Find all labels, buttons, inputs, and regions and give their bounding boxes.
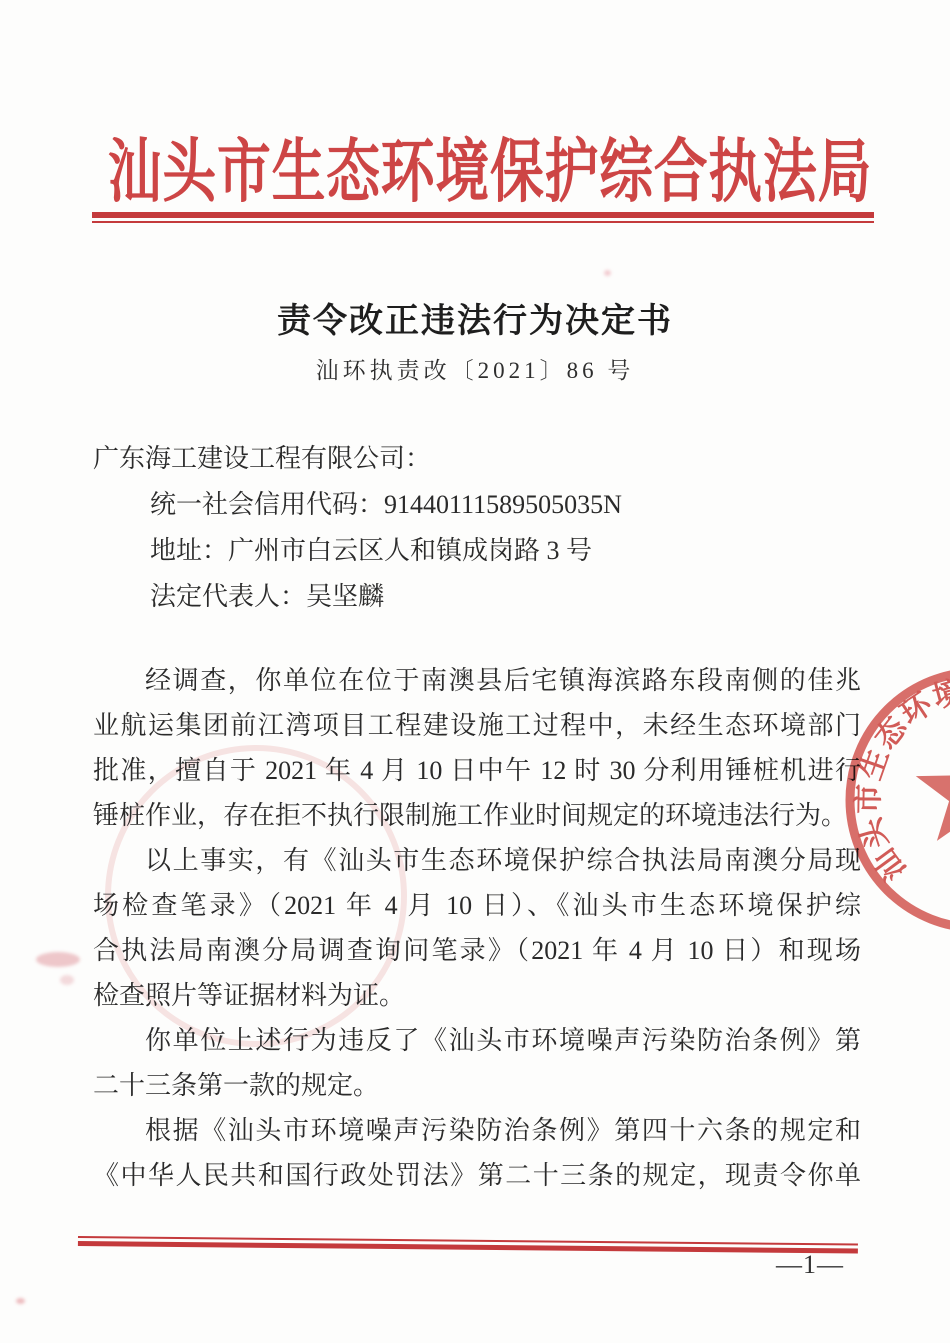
ink-smudge bbox=[604, 270, 611, 276]
ink-smudge bbox=[16, 1298, 25, 1304]
seal-star-icon bbox=[916, 736, 950, 841]
recipient-block: 广东海工建设工程有限公司： 统一社会信用代码：91440111589505035… bbox=[93, 436, 863, 620]
body-line: 经调查，你单位在位于南澳县后宅镇海滨路东段南侧的佳兆 bbox=[93, 658, 861, 703]
ink-smudge bbox=[36, 952, 80, 967]
recipient-detail-line: 统一社会信用代码：91440111589505035N bbox=[93, 482, 863, 528]
recipient-name: 广东海工建设工程有限公司： bbox=[93, 436, 863, 482]
official-seal: 汕头市生态环境保护综合执法局 bbox=[808, 628, 950, 968]
body-line: 合执法局南澳分局调查询问笔录》（2021 年 4 月 10 日）和现场 bbox=[93, 928, 861, 973]
document-title: 责令改正违法行为决定书 bbox=[0, 293, 950, 342]
body-paragraphs: 经调查，你单位在位于南澳县后宅镇海滨路东段南侧的佳兆业航运集团前江湾项目工程建设… bbox=[93, 658, 861, 1198]
body-line: 检查照片等证据材料为证。 bbox=[93, 973, 861, 1018]
page-sheet: 汕头市生态环境保护综合执法局 责令改正违法行为决定书 汕环执责改〔2021〕86… bbox=[0, 0, 950, 1343]
body-line: 锤桩作业，存在拒不执行限制施工作业时间规定的环境违法行为。 bbox=[93, 793, 861, 838]
page-number: —1— bbox=[776, 1250, 844, 1280]
recipient-detail-line: 法定代表人：吴坚麟 bbox=[93, 574, 863, 620]
footer-rule bbox=[78, 1236, 858, 1253]
header-rule-thin bbox=[92, 221, 874, 223]
header-rule bbox=[92, 212, 874, 223]
document-number: 汕环执责改〔2021〕86 号 bbox=[0, 352, 950, 385]
agency-header: 汕头市生态环境保护综合执法局 bbox=[0, 116, 950, 215]
body-line: 场检查笔录》（2021 年 4 月 10 日）、《汕头市生态环境保护综 bbox=[93, 883, 861, 928]
recipient-detail-line: 地址：广州市白云区人和镇成岗路 3 号 bbox=[93, 528, 863, 574]
body-line: 业航运集团前江湾项目工程建设施工过程中，未经生态环境部门 bbox=[93, 703, 861, 748]
header-rule-thick bbox=[92, 212, 874, 218]
agency-name: 汕头市生态环境保护综合执法局 bbox=[108, 116, 872, 215]
body-line: 二十三条第一款的规定。 bbox=[93, 1063, 861, 1108]
body-line: 以上事实，有《汕头市生态环境保护综合执法局南澳分局现 bbox=[93, 838, 861, 883]
body-line: 根据《汕头市环境噪声污染防治条例》第四十六条的规定和 bbox=[93, 1108, 861, 1153]
ink-smudge bbox=[60, 975, 74, 985]
body-line: 批准，擅自于 2021 年 4 月 10 日中午 12 时 30 分利用锤桩机进… bbox=[93, 748, 861, 793]
body-line: 你单位上述行为违反了《汕头市环境噪声污染防治条例》第 bbox=[93, 1018, 861, 1063]
recipient-details: 统一社会信用代码：91440111589505035N地址：广州市白云区人和镇成… bbox=[93, 482, 863, 620]
body-line: 《中华人民共和国行政处罚法》第二十三条的规定，现责令你单 bbox=[93, 1153, 861, 1198]
